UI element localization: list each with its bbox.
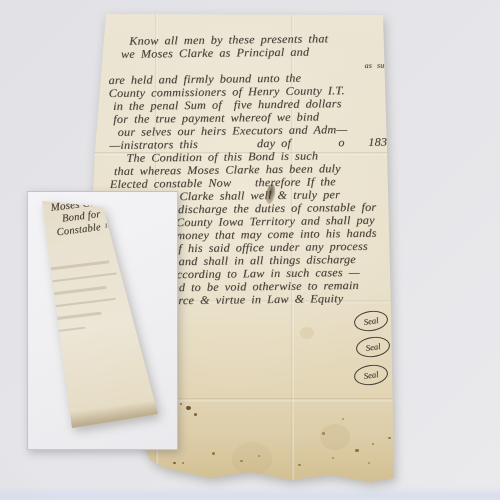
stain-spot: [372, 443, 374, 445]
fold-curl-shadow: [57, 399, 165, 439]
ghost-line: [44, 312, 102, 322]
stain-spot: [298, 464, 301, 466]
stain-spot: [180, 403, 182, 405]
docket-text: Moses ClarkeBond forConstable1838: [50, 194, 118, 240]
inset-photo: Moses ClarkeBond forConstable1838: [27, 191, 178, 450]
stain-spot: [212, 452, 215, 455]
stain-spot: [167, 473, 169, 475]
stain-spot: [355, 449, 359, 452]
seal-mark: Seal: [353, 309, 389, 334]
stain-spot: [178, 477, 180, 479]
bleed-through-marks: [38, 260, 125, 344]
stain-spot: [173, 462, 176, 464]
stain-spot: [332, 457, 334, 459]
folded-document: Moses ClarkeBond forConstable1838: [28, 192, 177, 449]
ghost-line: [41, 286, 107, 297]
stain-spot: [342, 418, 344, 420]
stain-spot: [388, 437, 391, 439]
stain-spot: [182, 462, 184, 464]
stain-spot: [232, 442, 272, 476]
ghost-line: [38, 260, 110, 271]
stain-spot: [186, 406, 191, 410]
seal-mark: Seal: [353, 363, 389, 388]
ghost-line: [42, 297, 116, 308]
stain-spot: [320, 424, 350, 450]
seal-mark: Seal: [355, 335, 391, 360]
stain-spot: [194, 413, 197, 416]
ghost-line: [45, 326, 85, 333]
photo-bottom-edge: [0, 486, 500, 500]
docket-year: 1838: [104, 222, 117, 230]
document-photograph: Know all men by these presents thatwe Mo…: [0, 0, 500, 500]
folded-document-wrap: Moses ClarkeBond forConstable1838: [28, 192, 177, 449]
ghost-line: [39, 272, 117, 284]
stain-spot: [368, 462, 370, 464]
stain-spot: [300, 327, 314, 339]
